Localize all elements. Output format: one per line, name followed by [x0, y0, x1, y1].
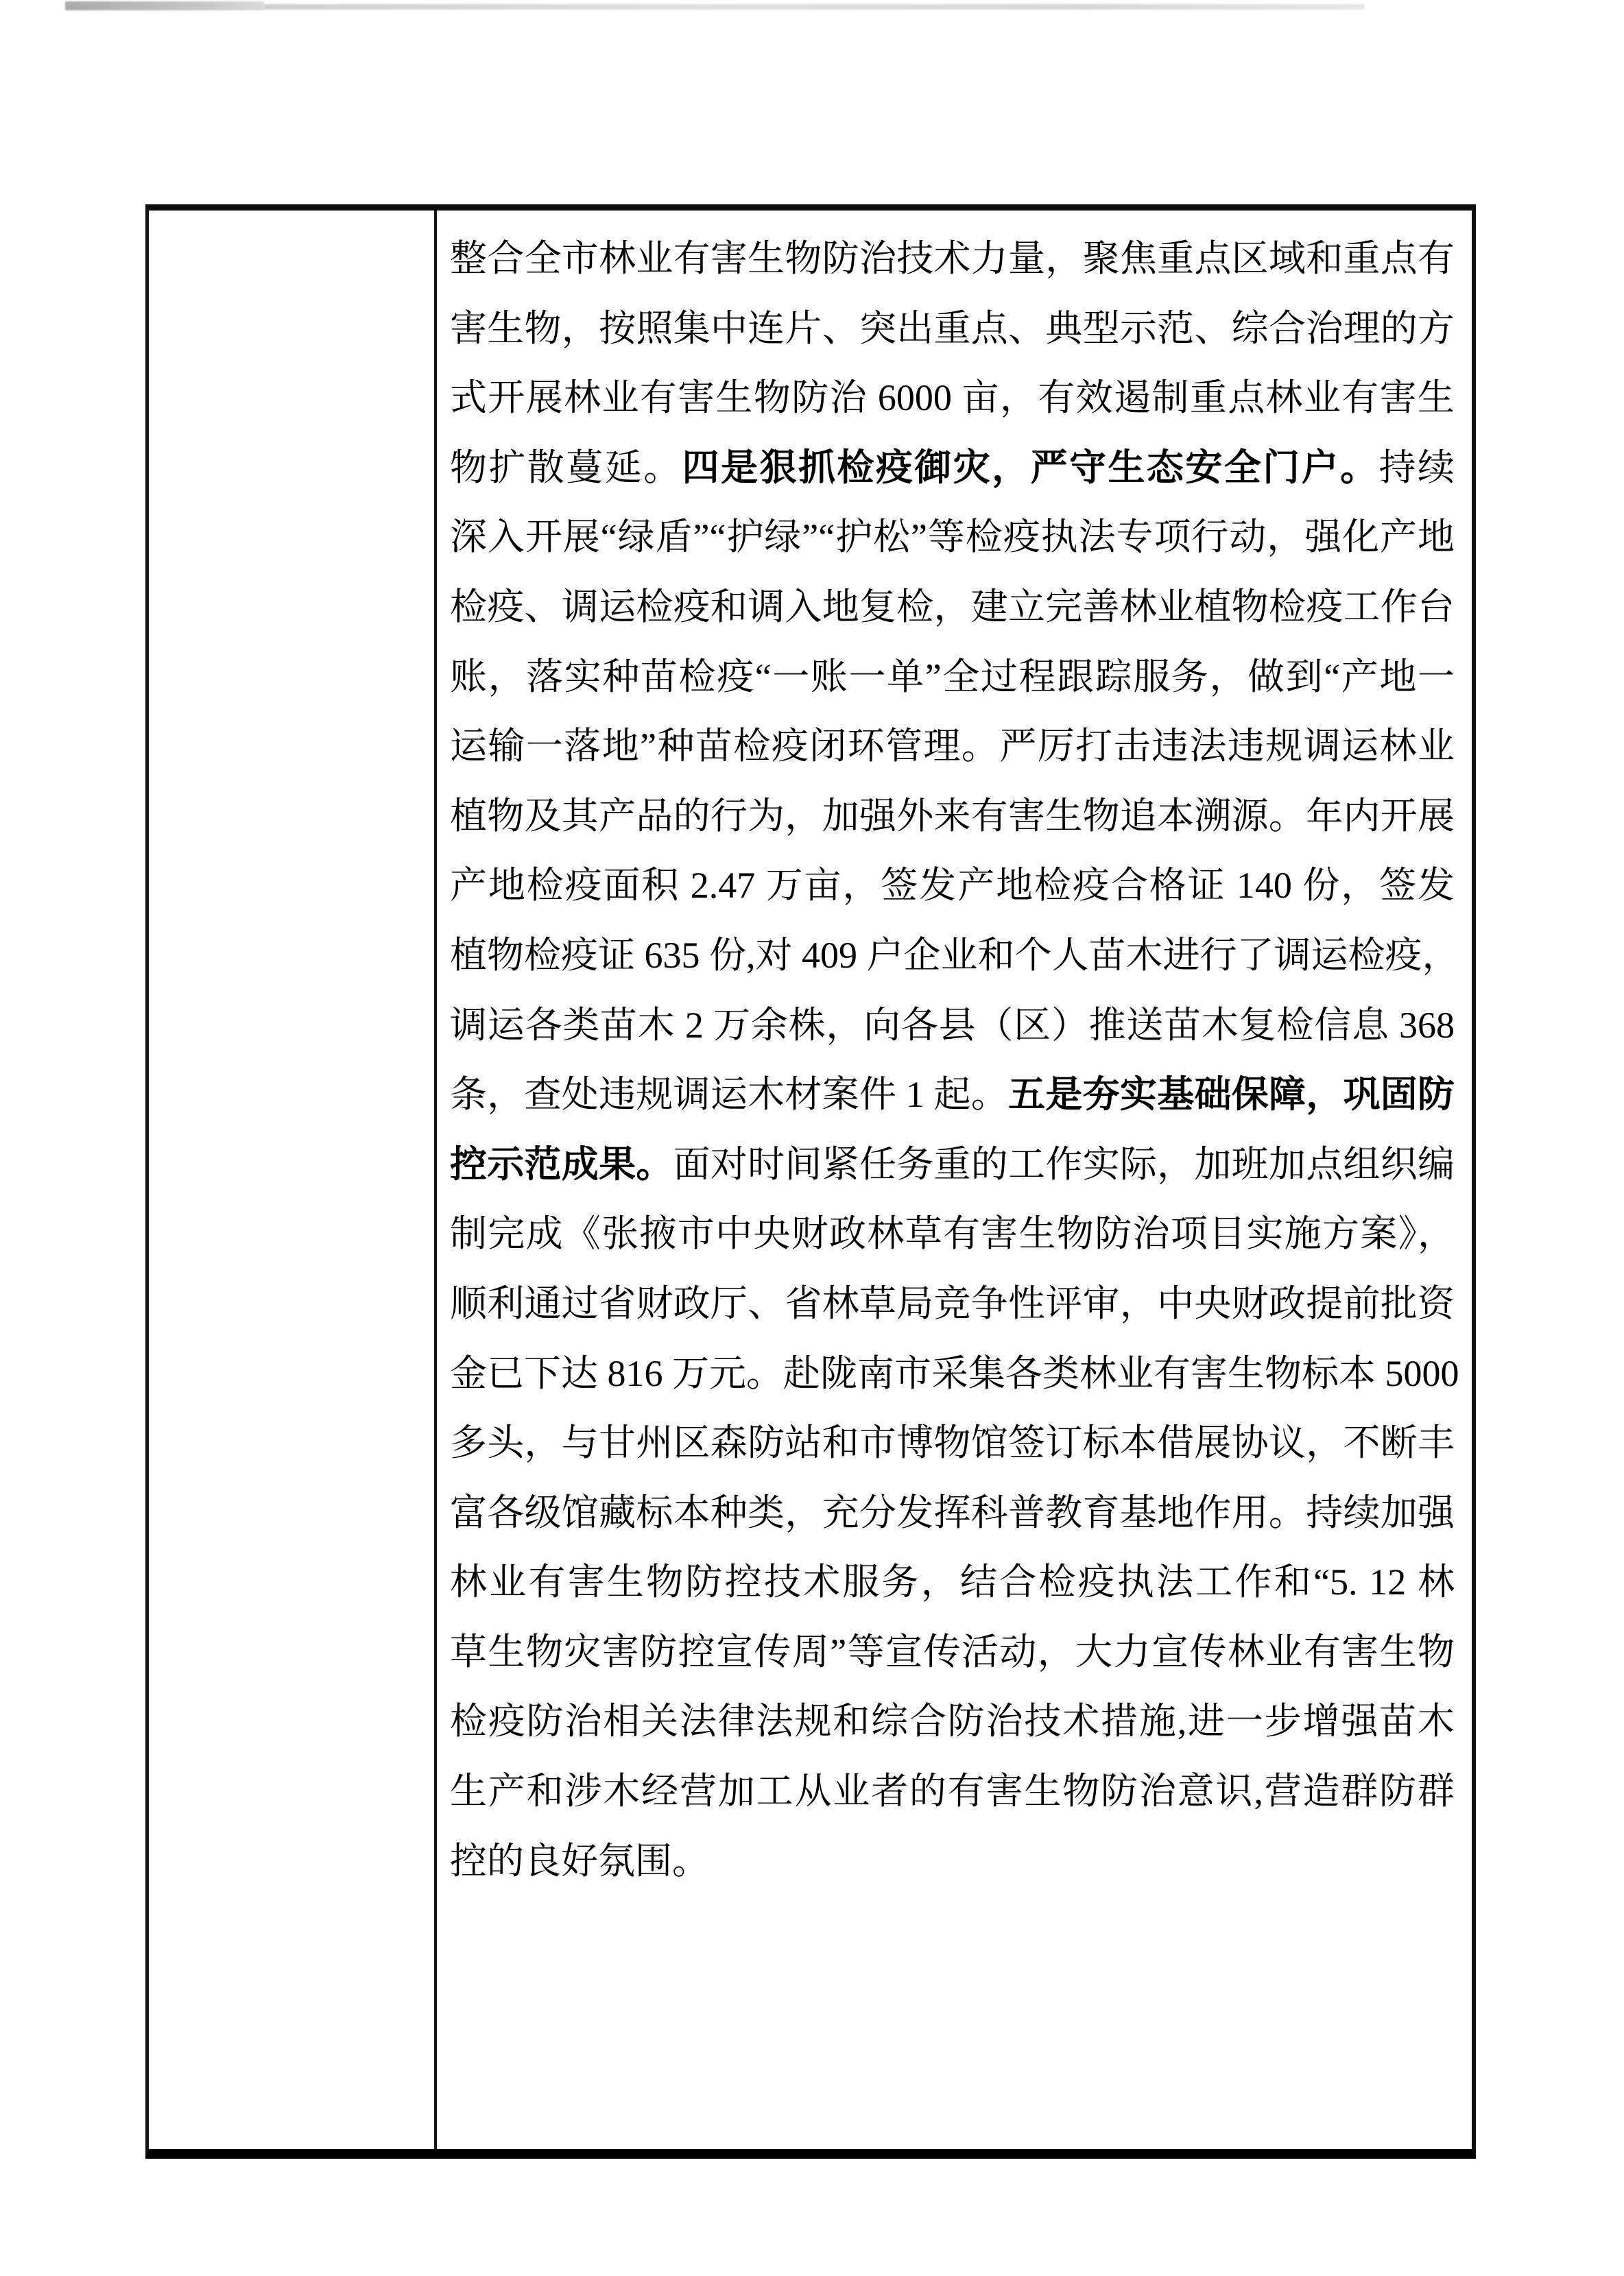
scan-artifact-dark: [65, 1, 264, 10]
report-table: 整合全市林业有害生物防治技术力量，聚焦重点区域和重点有害生物，按照集中连片、突出…: [145, 204, 1476, 2159]
text-line: 调运各类苗木 2 万余株，向各县（区）推送苗木复检信息 368: [450, 991, 1455, 1061]
text-line: 富各级馆藏标本种类，充分发挥科普教育基地作用。持续加强: [450, 1478, 1455, 1548]
text-line: 多头，与甘州区森防站和市博物馆签订标本借展协议，不断丰: [450, 1409, 1455, 1478]
text-segment: 植物及其产品的行为，加强外来有害生物追本溯源。年内开展: [450, 795, 1455, 837]
text-segment: 运输一落地”种苗检疫闭环管理。严厉打击违法违规调运林业: [450, 726, 1455, 767]
text-segment: 面对时间紧任务重的工作实际，加班加点组织编: [673, 1144, 1455, 1185]
text-segment: 制完成《张掖市中央财政林草有害生物防治项目实施方案》，: [450, 1213, 1455, 1254]
text-line: 式开展林业有害生物防治 6000 亩，有效遏制重点林业有害生: [450, 363, 1455, 433]
text-segment: 金已下达 816 万元。赴陇南市采集各类林业有害生物标本 5000: [450, 1353, 1459, 1394]
text-line: 林业有害生物防控技术服务，结合检疫执法工作和“5. 12 林: [450, 1548, 1455, 1618]
text-segment: 植物检疫证 635 份,对 409 户企业和个人苗木进行了调运检疫，: [450, 935, 1459, 976]
scan-artifact-light: [264, 4, 1365, 10]
text-line: 制完成《张掖市中央财政林草有害生物防治项目实施方案》，: [450, 1199, 1455, 1269]
text-segment: 账，落实种苗检疫“一账一单”全过程跟踪服务，做到“产地一: [450, 656, 1455, 697]
text-line: 账，落实种苗检疫“一账一单”全过程跟踪服务，做到“产地一: [450, 643, 1455, 712]
text-segment: 富各级馆藏标本种类，充分发挥科普教育基地作用。持续加强: [450, 1492, 1455, 1533]
text-segment: 物扩散蔓延。: [450, 447, 682, 488]
text-line: 整合全市林业有害生物防治技术力量，聚焦重点区域和重点有: [450, 224, 1455, 294]
text-line: 金已下达 816 万元。赴陇南市采集各类林业有害生物标本 5000: [450, 1339, 1455, 1409]
text-line: 产地检疫面积 2.47 万亩，签发产地检疫合格证 140 份，签发: [450, 851, 1455, 921]
text-segment: 检疫防治相关法律法规和综合防治技术措施,进一步增强苗木: [450, 1701, 1455, 1742]
text-segment: 林业有害生物防控技术服务，结合检疫执法工作和“5. 12 林: [450, 1561, 1455, 1603]
text-segment: 整合全市林业有害生物防治技术力量，聚焦重点区域和重点有: [450, 238, 1455, 279]
text-line: 检疫防治相关法律法规和综合防治技术措施,进一步增强苗木: [450, 1687, 1455, 1757]
text-segment: 调运各类苗木 2 万余株，向各县（区）推送苗木复检信息 368: [450, 1005, 1455, 1046]
text-line: 检疫、调运检疫和调入地复检，建立完善林业植物检疫工作台: [450, 573, 1455, 643]
paragraph-lines: 整合全市林业有害生物防治技术力量，聚焦重点区域和重点有害生物，按照集中连片、突出…: [450, 224, 1455, 1896]
text-segment: 持续: [1379, 447, 1455, 488]
text-segment: 条，查处违规调运木材案件 1 起。: [450, 1074, 1008, 1115]
text-line: 害生物，按照集中连片、突出重点、典型示范、综合治理的方: [450, 294, 1455, 364]
text-segment: 深入开展“绿盾”“护绿”“护松”等检疫执法专项行动，强化产地: [450, 516, 1455, 558]
table-content-cell: 整合全市林业有害生物防治技术力量，聚焦重点区域和重点有害生物，按照集中连片、突出…: [437, 211, 1472, 2149]
text-line: 生产和涉木经营加工从业者的有害生物防治意识,营造群防群: [450, 1757, 1455, 1827]
text-line: 草生物灾害防控宣传周”等宣传活动，大力宣传林业有害生物: [450, 1618, 1455, 1688]
text-line: 条，查处违规调运木材案件 1 起。五是夯实基础保障，巩固防: [450, 1060, 1455, 1130]
text-line: 植物检疫证 635 份,对 409 户企业和个人苗木进行了调运检疫，: [450, 921, 1455, 991]
text-line: 顺利通过省财政厅、省林草局竞争性评审，中央财政提前批资: [450, 1269, 1455, 1339]
text-segment: 顺利通过省财政厅、省林草局竞争性评审，中央财政提前批资: [450, 1283, 1455, 1324]
text-segment: 控的良好氛围。: [450, 1841, 709, 1882]
bold-text-segment: 五是夯实基础保障，巩固防: [1008, 1074, 1455, 1115]
text-line: 植物及其产品的行为，加强外来有害生物追本溯源。年内开展: [450, 782, 1455, 852]
text-segment: 生产和涉木经营加工从业者的有害生物防治意识,营造群防群: [450, 1771, 1455, 1812]
text-segment: 害生物，按照集中连片、突出重点、典型示范、综合治理的方: [450, 308, 1455, 349]
text-line: 物扩散蔓延。四是狠抓检疫御灾，严守生态安全门户。持续: [450, 433, 1455, 503]
text-segment: 多头，与甘州区森防站和市博物馆签订标本借展协议，不断丰: [450, 1422, 1455, 1463]
text-segment: 检疫、调运检疫和调入地复检，建立完善林业植物检疫工作台: [450, 586, 1455, 627]
text-segment: 产地检疫面积 2.47 万亩，签发产地检疫合格证 140 份，签发: [450, 865, 1455, 906]
text-line: 控示范成果。面对时间紧任务重的工作实际，加班加点组织编: [450, 1130, 1455, 1200]
text-line: 深入开展“绿盾”“护绿”“护松”等检疫执法专项行动，强化产地: [450, 503, 1455, 573]
bold-text-segment: 四是狠抓检疫御灾，严守生态安全门户。: [682, 447, 1379, 488]
text-line: 运输一落地”种苗检疫闭环管理。严厉打击违法违规调运林业: [450, 712, 1455, 782]
text-line: 控的良好氛围。: [450, 1827, 1455, 1897]
bold-text-segment: 控示范成果。: [450, 1144, 673, 1185]
table-left-cell: [149, 211, 437, 2149]
text-segment: 式开展林业有害生物防治 6000 亩，有效遏制重点林业有害生: [450, 377, 1455, 418]
text-segment: 草生物灾害防控宣传周”等宣传活动，大力宣传林业有害生物: [450, 1631, 1455, 1673]
